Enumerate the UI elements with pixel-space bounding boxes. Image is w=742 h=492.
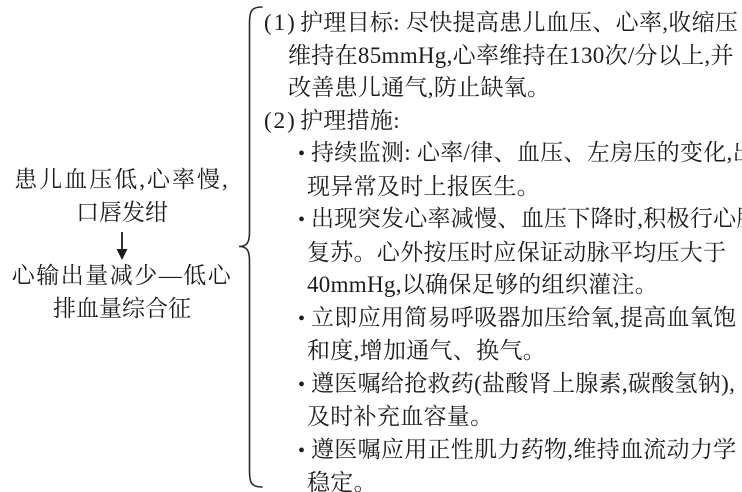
bullet-icon: • xyxy=(298,369,311,402)
line-text: 立即应用简易呼吸器加压给氧,提高血氧饱 xyxy=(311,305,736,330)
measure-item-cont: 和度,增加通气、换气。 xyxy=(307,335,742,368)
measure-item: •立即应用简易呼吸器加压给氧,提高血氧饱 xyxy=(298,302,742,336)
line-text: 护理措施: xyxy=(300,108,400,133)
line-text: 出现突发心率减慢、血压下降时,积极行心肺 xyxy=(311,206,742,231)
down-arrow-icon xyxy=(115,232,129,260)
care-goal-cont: 改善患儿通气,防止缺氧。 xyxy=(288,72,742,105)
measure-item: •遵医嘱给抢救药(盐酸肾上腺素,碳酸氢钠), xyxy=(298,368,742,402)
line-text: 遵医嘱给抢救药(盐酸肾上腺素,碳酸氢钠), xyxy=(311,371,735,396)
curly-brace xyxy=(238,6,264,488)
measure-item-cont: 稳定。 xyxy=(307,467,742,492)
outcome-line-1: 心输出量减少—低心 xyxy=(0,259,244,292)
line-text: 护理目标: 尽快提高患儿血压、心率,收缩压 xyxy=(300,10,738,35)
causes-arrow-row xyxy=(0,229,244,259)
item-number: (2) xyxy=(264,105,300,138)
care-goal-line: (1)护理目标: 尽快提高患儿血压、心率,收缩压 xyxy=(264,7,742,40)
measure-item: •遵医嘱应用正性肌力药物,维持血流动力学 xyxy=(298,434,742,468)
symptom-line-1: 患儿血压低,心率慢, xyxy=(0,163,244,196)
line-text: 遵医嘱应用正性肌力药物,维持血流动力学 xyxy=(311,437,736,462)
symptom-line-2: 口唇发绀 xyxy=(0,196,244,229)
bullet-icon: • xyxy=(298,435,311,468)
measure-item: •出现突发心率减慢、血压下降时,积极行心肺 xyxy=(298,203,742,237)
measure-item-cont: 及时补充血容量。 xyxy=(307,401,742,434)
outcome-line-2: 排血量综合征 xyxy=(0,292,244,325)
nursing-plan-block: (1)护理目标: 尽快提高患儿血压、心率,收缩压 维持在85mmHg,心率维持在… xyxy=(264,7,742,492)
care-measures-line: (2)护理措施: xyxy=(264,105,742,138)
bullet-icon: • xyxy=(298,204,311,237)
line-text: 持续监测: 心率/律、血压、左房压的变化,出 xyxy=(311,140,742,165)
item-number: (1) xyxy=(264,7,300,40)
measure-item: •持续监测: 心率/律、血压、左房压的变化,出 xyxy=(298,137,742,171)
bullet-icon: • xyxy=(298,138,311,171)
measure-item-cont: 40mmHg,以确保足够的组织灌注。 xyxy=(307,269,742,302)
condition-block: 患儿血压低,心率慢, 口唇发绀 心输出量减少—低心 排血量综合征 xyxy=(0,163,244,325)
measure-item-cont: 现异常及时上报医生。 xyxy=(307,171,742,204)
bullet-icon: • xyxy=(298,303,311,336)
measure-item-cont: 复苏。心外按压时应保证动脉平均压大于 xyxy=(307,237,742,270)
figure-root: { "figure": { "background": "#ffffff", "… xyxy=(0,0,742,492)
care-goal-cont: 维持在85mmHg,心率维持在130次/分以上,并 xyxy=(288,40,742,73)
